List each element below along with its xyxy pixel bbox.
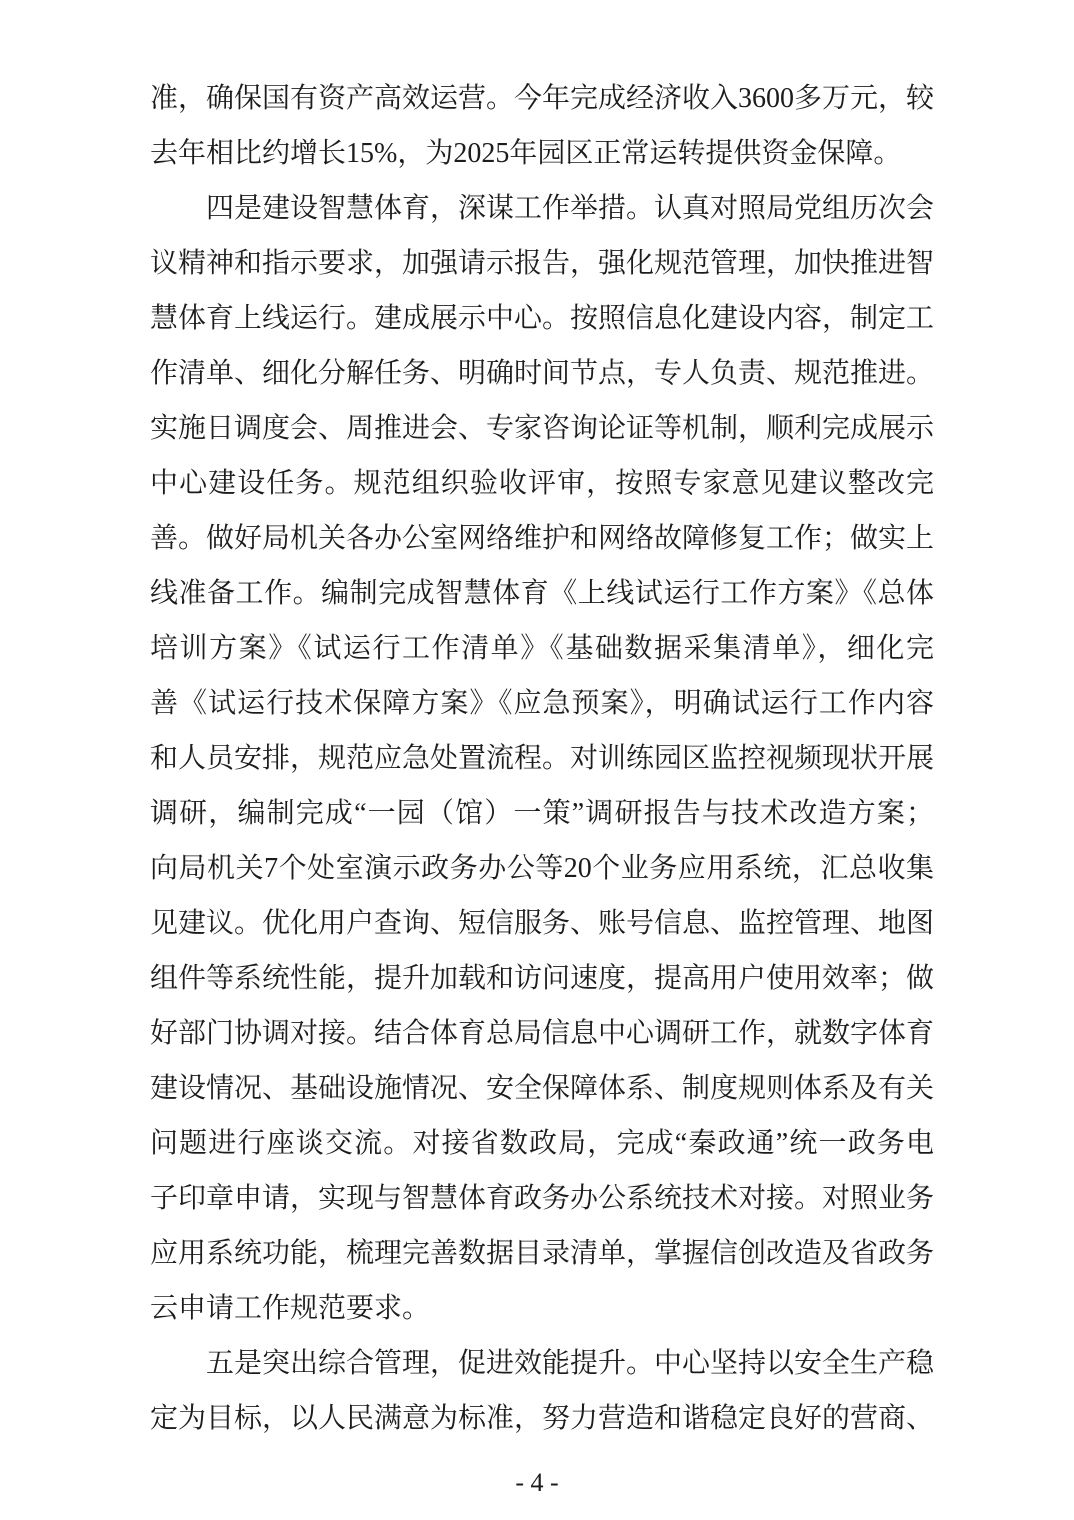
text-line: 四是建设智慧体育，深谋工作举措。认真对照局党组历次会 — [150, 181, 934, 236]
paragraph: 准，确保国有资产高效运营。今年完成经济收入3600多万元，较去年相比约增长15%… — [150, 71, 934, 181]
text-line: 子印章申请，实现与智慧体育政务办公系统技术对接。对照业务 — [150, 1171, 934, 1226]
text-line: 建设情况、基础设施情况、安全保障体系、制度规则体系及有关 — [150, 1061, 934, 1116]
text-line: 培训方案》《试运行工作清单》《基础数据采集清单》，细化完 — [150, 621, 934, 676]
text-line: 五是突出综合管理，促进效能提升。中心坚持以安全生产稳 — [150, 1336, 934, 1391]
text-line: 实施日调度会、周推进会、专家咨询论证等机制，顺利完成展示 — [150, 401, 934, 456]
text-line: 定为目标，以人民满意为标准，努力营造和谐稳定良好的营商、 — [150, 1391, 934, 1446]
text-line: 和人员安排，规范应急处置流程。对训练园区监控视频现状开展 — [150, 731, 934, 786]
text-line: 应用系统功能，梳理完善数据目录清单，掌握信创改造及省政务 — [150, 1226, 934, 1281]
text-line: 问题进行座谈交流。对接省数政局，完成“秦政通”统一政务电 — [150, 1116, 934, 1171]
text-line: 云申请工作规范要求。 — [150, 1281, 934, 1336]
text-line: 慧体育上线运行。建成展示中心。按照信息化建设内容，制定工 — [150, 291, 934, 346]
text-line: 中心建设任务。规范组织验收评审，按照专家意见建议整改完 — [150, 456, 934, 511]
paragraph: 五是突出综合管理，促进效能提升。中心坚持以安全生产稳定为目标，以人民满意为标准，… — [150, 1336, 934, 1446]
text-line: 去年相比约增长15%，为2025年园区正常运转提供资金保障。 — [150, 126, 934, 181]
text-line: 议精神和指示要求，加强请示报告，强化规范管理，加快推进智 — [150, 236, 934, 291]
text-line: 好部门协调对接。结合体育总局信息中心调研工作，就数字体育 — [150, 1006, 934, 1061]
text-line: 准，确保国有资产高效运营。今年完成经济收入3600多万元，较 — [150, 71, 934, 126]
text-line: 调研，编制完成“一园（馆）一策”调研报告与技术改造方案； — [150, 786, 934, 841]
text-line: 善《试运行技术保障方案》《应急预案》，明确试运行工作内容 — [150, 676, 934, 731]
text-line: 组件等系统性能，提升加载和访问速度，提高用户使用效率；做 — [150, 951, 934, 1006]
text-line: 见建议。优化用户查询、短信服务、账号信息、监控管理、地图 — [150, 896, 934, 951]
document-page: 准，确保国有资产高效运营。今年完成经济收入3600多万元，较去年相比约增长15%… — [0, 0, 1074, 1520]
document-body: 准，确保国有资产高效运营。今年完成经济收入3600多万元，较去年相比约增长15%… — [150, 71, 934, 1446]
text-line: 向局机关7个处室演示政务办公等20个业务应用系统，汇总收集意 — [150, 841, 934, 896]
text-line: 善。做好局机关各办公室网络维护和网络故障修复工作；做实上 — [150, 511, 934, 566]
text-line: 线准备工作。编制完成智慧体育《上线试运行工作方案》《总体 — [150, 566, 934, 621]
text-line: 作清单、细化分解任务、明确时间节点，专人负责、规范推进。 — [150, 346, 934, 401]
page-number: - 4 - — [0, 1466, 1074, 1500]
paragraph: 四是建设智慧体育，深谋工作举措。认真对照局党组历次会议精神和指示要求，加强请示报… — [150, 181, 934, 1336]
